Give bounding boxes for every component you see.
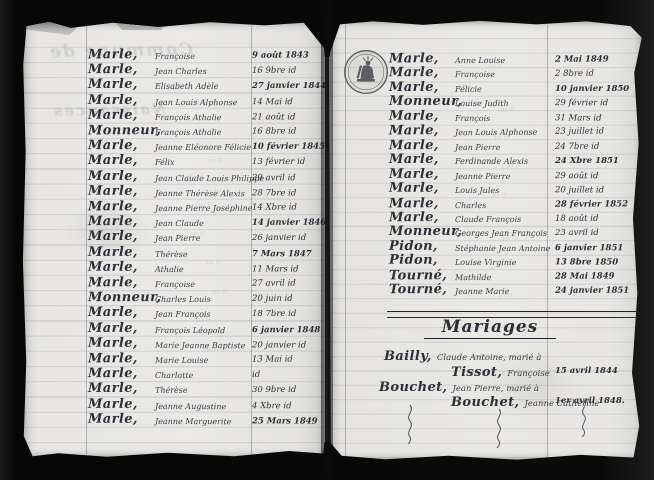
register-row: Marle,Elisabeth Adèle27 janvier 1844 (22, 79, 325, 94)
register-row: Marle,Françoise9 août 1843 (22, 48, 325, 64)
given-names: Jean Pierre (155, 231, 200, 246)
register-row: Marle,Françoise27 avril id (22, 276, 325, 292)
register-row: Marle,Thérèse30 9bre id (22, 383, 325, 398)
record-date: 29 avril id (252, 171, 296, 186)
book-gutter (321, 20, 333, 461)
record-date: 20 juin id (252, 292, 293, 307)
register-row: Marle,François Léopold6 janvier 1848 (22, 322, 325, 338)
register-row: Marle,Jean François18 7bre id (22, 307, 325, 322)
given-names: Félix (155, 155, 174, 170)
pen-flourish (403, 403, 416, 445)
record-date: 26 janvier id (252, 231, 306, 246)
pen-flourish (577, 398, 590, 438)
register-row: Marle,Jeanne Thérèse Alexis28 7bre id (22, 185, 325, 201)
register-row: Marle,Thérèse7 Mars 1847 (22, 246, 325, 262)
record-date: 6 janvier 1848 (252, 323, 320, 338)
register-row: Marle,Marie Jeanne Baptiste20 janvier id (22, 337, 325, 353)
record-date: 14 Mai id (252, 95, 293, 110)
given-names: Marie Louise (155, 353, 208, 368)
given-names: Athalie (155, 262, 184, 277)
record-date: 4 Xbre id (252, 399, 292, 414)
register-row: Marle,Jean Pierre26 janvier id (22, 231, 325, 246)
record-date: 25 Mars 1849 (252, 414, 318, 429)
record-date: 11 Mars id (252, 262, 299, 277)
record-date: 27 avril id (252, 276, 296, 291)
record-date: 16 9bre id (252, 64, 296, 79)
register-row: Marle,Athalie11 Mars id (22, 261, 325, 277)
register-row: Marle,Marie Louise13 Mai id (22, 352, 325, 368)
pen-flourish (492, 406, 505, 450)
record-date: 18 7bre id (252, 307, 296, 322)
given-names: Charlotte (155, 368, 193, 383)
register-row: Marle,François Athalie21 août id (22, 109, 325, 125)
register-row: Monneur,Charles Louis20 juin id (22, 292, 325, 308)
given-names: Jeanne Pierre Joséphine (155, 201, 253, 216)
given-names: Marie Jeanne Baptiste (155, 338, 246, 353)
scanned-register-spread: Commune deNaissances Marle,Françoise9 ao… (0, 0, 654, 480)
marriage-date: 15 avril 1844 (555, 366, 618, 376)
register-row: Marle,Jean Louis Alphonse14 Mai id (22, 94, 325, 110)
given-names: Jean Louis Alphonse (155, 95, 237, 110)
record-date: 28 7bre id (252, 186, 296, 201)
given-names: Jean Claude Louis Philippe (155, 171, 264, 186)
record-date: 14 janvier 1846 (252, 216, 326, 231)
record-date: 14 Xbre id (252, 200, 297, 215)
given-names: Françoise (155, 49, 195, 64)
given-names: Elisabeth Adèle (155, 79, 219, 94)
left-page: Commune deNaissances Marle,Françoise9 ao… (22, 21, 325, 458)
register-row: Marle,Charlotteid (22, 368, 325, 384)
record-date: 9 août 1843 (252, 48, 309, 63)
surname: Marle, (88, 409, 138, 428)
given-names: Jean Charles (155, 64, 207, 79)
record-date: 21 août id (252, 110, 296, 125)
given-names: Jeanne Eléonore Félicie (155, 140, 251, 155)
register-row: Marle,Jeanne Marguerite25 Mars 1849 (22, 413, 325, 429)
given-names: Jean François (155, 307, 211, 322)
given-names: Jeanne Augustine (155, 399, 226, 414)
given-names: François Léopold (155, 323, 225, 338)
given-names: Jean Claude (155, 216, 204, 231)
register-row: Marle,Jeanne Pierre Joséphine14 Xbre id (22, 200, 325, 216)
record-date: 20 janvier id (252, 338, 306, 353)
marriage-rows: Bailly,Claude Antoine, marié àTissot,Fra… (329, 20, 643, 461)
register-row: Marle,Jean Claude Louis Philippe29 avril… (22, 170, 325, 186)
right-page: Marle,Anne Louise2 Mai 1849Marle,Françoi… (329, 20, 643, 461)
register-row: Marle,Jeanne Eléonore Félicie10 février … (22, 140, 325, 156)
record-date: id (252, 368, 260, 383)
record-date: 30 9bre id (252, 383, 296, 398)
given-names: Thérèse (155, 383, 188, 398)
record-date: 10 février 1845 (252, 140, 325, 155)
register-row: Monneur,François Athalie16 8bre id (22, 124, 325, 140)
marriages-section: Mariages Bailly,Claude Antoine, marié àT… (329, 20, 643, 461)
record-date: 13 février id (252, 155, 305, 170)
register-row: Marle,Félix13 février id (22, 155, 325, 170)
given-names: Jeanne Marguerite (155, 414, 231, 429)
register-row: Marle,Jean Charles16 9bre id (22, 64, 325, 80)
spouse-surname: Bouchet, (451, 395, 519, 410)
given-names: Thérèse (155, 247, 188, 262)
marriage-row: Bailly,Claude Antoine, marié à (329, 345, 654, 362)
record-date: 27 janvier 1844 (252, 79, 326, 94)
register-row: Marle,Jeanne Augustine4 Xbre id (22, 398, 325, 414)
record-date: 16 8bre id (252, 124, 296, 139)
given-names: François Athalie (155, 125, 221, 140)
register-row: Marle,Jean Claude14 janvier 1846 (22, 216, 325, 232)
left-register-rows: Marle,Françoise9 août 1843Marle,Jean Cha… (22, 21, 325, 458)
record-date: 7 Mars 1847 (252, 247, 312, 262)
given-names: Jeanne Thérèse Alexis (155, 186, 245, 201)
record-date: 13 Mai id (252, 353, 293, 368)
given-names: François Athalie (155, 110, 221, 125)
given-names: Charles Louis (155, 292, 211, 307)
